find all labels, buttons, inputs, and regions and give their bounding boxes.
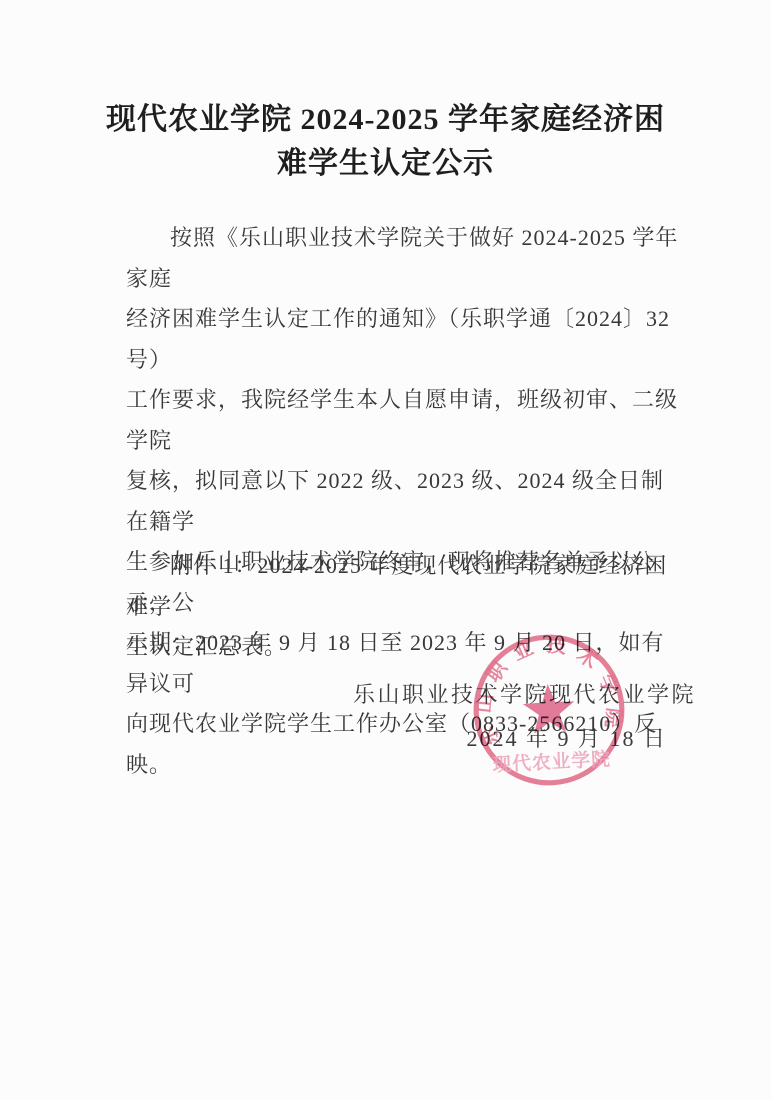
seal-star-icon xyxy=(522,683,576,735)
document-title: 现代农业学院 2024-2025 学年家庭经济困 难学生认定公示 xyxy=(0,98,771,186)
seal-bottom-text: 现代农业学院 xyxy=(491,748,611,776)
title-line-1: 现代农业学院 2024-2025 学年家庭经济困 xyxy=(0,98,771,142)
text-line: 经济困难学生认定工作的通知》（乐职学通〔2024〕32 号） xyxy=(126,299,682,380)
title-line-2: 难学生认定公示 xyxy=(0,142,771,186)
official-seal-stamp: 乐山职业技术学院 现代农业学院 xyxy=(467,628,631,792)
text-line: 复核，拟同意以下 2022 级、2023 级、2024 级全日制在籍学 xyxy=(126,461,682,542)
document-page: 现代农业学院 2024-2025 学年家庭经济困 难学生认定公示 按照《乐山职业… xyxy=(0,0,771,1100)
text-line: 按照《乐山职业技术学院关于做好 2024-2025 学年家庭 xyxy=(126,218,682,299)
text-line: 附件 1：2024-2025 年度现代农业学院家庭经济困难学 xyxy=(126,546,682,627)
text-line: 工作要求，我院经学生本人自愿申请，班级初审、二级学院 xyxy=(126,380,682,461)
